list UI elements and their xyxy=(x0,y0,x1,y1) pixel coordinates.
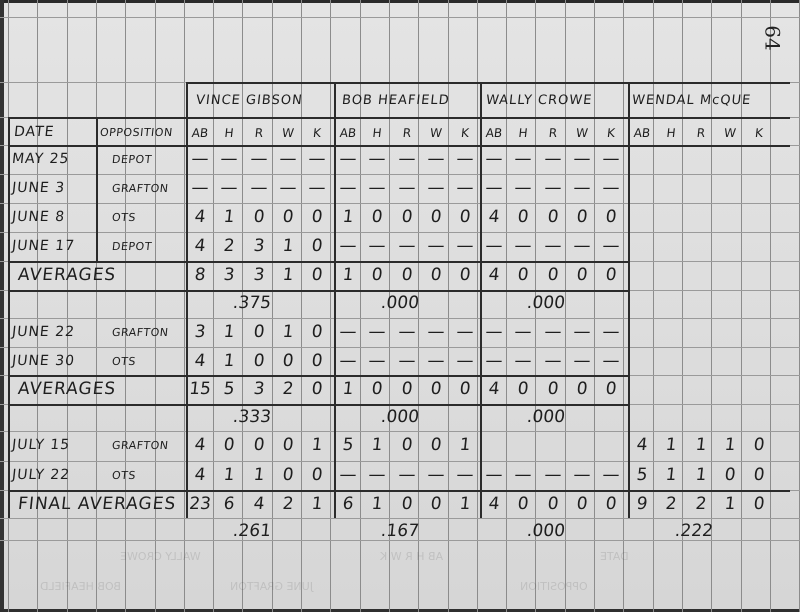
column-header-h: H xyxy=(363,127,392,139)
grid-line xyxy=(67,0,68,612)
stat-value: 0 xyxy=(508,496,538,513)
stat-value: 3 xyxy=(244,238,274,255)
stat-value: 1 xyxy=(333,209,363,226)
bleed-text: DATE xyxy=(600,550,629,563)
column-header-w: W xyxy=(715,127,744,139)
player-name: VINCE GIBSON xyxy=(195,94,303,107)
stat-value: 15 xyxy=(185,381,215,398)
batting-average: .375 xyxy=(232,295,272,312)
stat-value: — xyxy=(567,238,597,255)
stat-value: 0 xyxy=(392,267,422,284)
stat-value: — xyxy=(421,353,451,370)
grid-line xyxy=(653,0,654,612)
stat-value: 0 xyxy=(244,209,274,226)
stat-value: 6 xyxy=(214,496,244,513)
stat-value: 1 xyxy=(362,437,392,454)
totals-label: AVERAGES xyxy=(17,267,117,284)
stat-value: — xyxy=(185,180,215,197)
column-header-ab: AB xyxy=(333,127,362,139)
grid-line xyxy=(741,0,742,612)
stat-value: 0 xyxy=(302,267,332,284)
stat-value: — xyxy=(392,238,422,255)
stat-value: 0 xyxy=(508,381,538,398)
ink-line xyxy=(96,117,98,261)
stat-value: 6 xyxy=(333,496,363,513)
stat-value: 9 xyxy=(627,496,657,513)
column-header-date: DATE xyxy=(13,125,55,139)
stat-value: 23 xyxy=(185,496,215,513)
stat-value: 0 xyxy=(273,209,303,226)
stat-value: 2 xyxy=(214,238,244,255)
stat-value: — xyxy=(596,180,626,197)
grid-line xyxy=(184,0,185,612)
stat-value: 1 xyxy=(362,496,392,513)
stat-value: — xyxy=(450,238,480,255)
stat-value: 3 xyxy=(185,324,215,341)
opposition-team: OTS xyxy=(111,212,136,223)
grid-line xyxy=(272,0,273,612)
stat-value: — xyxy=(273,180,303,197)
stat-value: — xyxy=(333,238,363,255)
ink-line xyxy=(8,117,10,518)
stat-value: 0 xyxy=(362,209,392,226)
stat-value: — xyxy=(362,238,392,255)
grid-line xyxy=(0,203,800,204)
opposition-team: DEPOT xyxy=(111,241,152,252)
stat-value: 0 xyxy=(567,381,597,398)
stat-value: 0 xyxy=(362,267,392,284)
stat-value: 1 xyxy=(214,209,244,226)
stat-value: — xyxy=(362,467,392,484)
grid-line xyxy=(0,518,800,519)
stat-value: 1 xyxy=(214,353,244,370)
stat-value: — xyxy=(508,353,538,370)
game-date: JUNE 3 xyxy=(11,181,66,195)
opposition-team: OTS xyxy=(111,470,136,481)
stat-value: — xyxy=(421,180,451,197)
opposition-team: GRAFTON xyxy=(111,440,169,451)
grid-line xyxy=(0,347,800,348)
stat-value: 0 xyxy=(450,267,480,284)
reverse-page-bleed-through: DATEOPPOSITIONAB H R W KJUNE GRAFTONWALL… xyxy=(0,540,800,610)
stat-value: 0 xyxy=(214,437,244,454)
stat-value: 0 xyxy=(744,496,774,513)
stat-value: 4 xyxy=(185,437,215,454)
page-binding-edge xyxy=(0,0,4,612)
stat-value: 0 xyxy=(421,381,451,398)
ink-line xyxy=(8,117,790,119)
stat-value: 1 xyxy=(273,267,303,284)
game-date: MAY 25 xyxy=(11,152,70,166)
column-header-w: W xyxy=(273,127,302,139)
stat-value: 4 xyxy=(479,267,509,284)
stat-value: 0 xyxy=(596,209,626,226)
column-header-w: W xyxy=(421,127,450,139)
batting-average: .000 xyxy=(526,409,566,426)
grid-line xyxy=(594,0,595,612)
totals-label: AVERAGES xyxy=(17,381,117,398)
stat-value: 4 xyxy=(185,353,215,370)
stat-value: 0 xyxy=(421,496,451,513)
stat-value: 5 xyxy=(333,437,363,454)
stat-value: — xyxy=(596,238,626,255)
stat-value: — xyxy=(421,151,451,168)
stat-value: — xyxy=(538,324,568,341)
stat-value: 1 xyxy=(656,467,686,484)
stat-value: — xyxy=(273,151,303,168)
stat-value: — xyxy=(392,180,422,197)
batting-average: .222 xyxy=(674,523,714,540)
stat-value: — xyxy=(392,324,422,341)
grid-line xyxy=(301,0,302,612)
column-header-k: K xyxy=(451,127,480,139)
stat-value: — xyxy=(421,324,451,341)
bleed-text: WALLY CROWE xyxy=(120,550,201,563)
batting-average: .000 xyxy=(526,523,566,540)
opposition-team: GRAFTON xyxy=(111,183,169,194)
stat-value: — xyxy=(596,467,626,484)
batting-average: .167 xyxy=(380,523,420,540)
stat-value: — xyxy=(333,180,363,197)
stat-value: — xyxy=(567,467,597,484)
column-header-k: K xyxy=(745,127,774,139)
stat-value: 1 xyxy=(715,437,745,454)
stat-value: 0 xyxy=(392,381,422,398)
stat-value: — xyxy=(538,238,568,255)
grid-line xyxy=(0,431,800,432)
stat-value: 0 xyxy=(392,437,422,454)
grid-line xyxy=(0,17,800,18)
column-header-r: R xyxy=(392,127,421,139)
column-header-h: H xyxy=(509,127,538,139)
stat-value: 0 xyxy=(273,437,303,454)
stat-value: — xyxy=(392,151,422,168)
grid-line xyxy=(0,232,800,233)
stat-value: 0 xyxy=(715,467,745,484)
stat-value: 0 xyxy=(567,209,597,226)
stat-value: — xyxy=(450,151,480,168)
game-date: JULY 22 xyxy=(11,468,71,482)
column-header-ab: AB xyxy=(627,127,656,139)
stat-value: 4 xyxy=(479,209,509,226)
stat-value: 3 xyxy=(244,381,274,398)
column-header-k: K xyxy=(597,127,626,139)
stat-value: — xyxy=(538,467,568,484)
stat-value: 0 xyxy=(362,381,392,398)
stat-value: 1 xyxy=(273,238,303,255)
stat-value: 0 xyxy=(744,437,774,454)
game-date: JULY 15 xyxy=(11,438,71,452)
grid-line xyxy=(360,0,361,612)
stat-value: — xyxy=(479,353,509,370)
stat-value: 0 xyxy=(450,381,480,398)
stat-value: 1 xyxy=(333,267,363,284)
column-header-w: W xyxy=(567,127,596,139)
stat-value: — xyxy=(362,151,392,168)
stat-value: — xyxy=(333,353,363,370)
stat-value: — xyxy=(333,467,363,484)
stat-value: 0 xyxy=(538,496,568,513)
stat-value: — xyxy=(479,324,509,341)
game-date: JUNE 17 xyxy=(11,239,75,253)
stat-value: 0 xyxy=(244,353,274,370)
batting-average: .000 xyxy=(380,409,420,426)
game-date: JUNE 22 xyxy=(11,325,75,339)
stat-value: 0 xyxy=(273,353,303,370)
batting-average: .261 xyxy=(232,523,272,540)
stat-value: 1 xyxy=(715,496,745,513)
page-number: 64 xyxy=(761,25,785,50)
stat-value: 5 xyxy=(214,381,244,398)
stat-value: — xyxy=(185,151,215,168)
stat-value: — xyxy=(508,180,538,197)
grid-line xyxy=(330,0,331,612)
stat-value: — xyxy=(567,180,597,197)
stat-value: 0 xyxy=(302,381,332,398)
ink-line xyxy=(480,82,482,518)
stat-value: — xyxy=(596,151,626,168)
column-header-ab: AB xyxy=(479,127,508,139)
stat-value: 0 xyxy=(567,496,597,513)
grid-line xyxy=(0,174,800,175)
stat-value: 1 xyxy=(302,437,332,454)
stat-value: — xyxy=(392,353,422,370)
grid-line xyxy=(448,0,449,612)
stat-value: 0 xyxy=(508,209,538,226)
stat-value: 4 xyxy=(185,209,215,226)
stat-value: — xyxy=(567,353,597,370)
bleed-text: AB H R W K xyxy=(380,550,443,563)
stat-value: 2 xyxy=(273,496,303,513)
stat-value: — xyxy=(596,353,626,370)
stat-value: 0 xyxy=(392,209,422,226)
stat-value: 0 xyxy=(596,381,626,398)
ink-line xyxy=(186,82,790,84)
player-name: WENDAL McQUE xyxy=(631,94,752,107)
stat-value: — xyxy=(567,324,597,341)
stat-value: — xyxy=(214,180,244,197)
stat-value: — xyxy=(508,324,538,341)
stat-value: — xyxy=(450,467,480,484)
stat-value: — xyxy=(508,467,538,484)
ink-line xyxy=(8,375,630,377)
player-name: WALLY CROWE xyxy=(485,94,593,107)
stat-value: — xyxy=(538,180,568,197)
stat-value: 0 xyxy=(538,209,568,226)
stat-value: 1 xyxy=(244,467,274,484)
stat-value: — xyxy=(450,180,480,197)
stat-value: 3 xyxy=(244,267,274,284)
player-name: BOB HEAFIELD xyxy=(341,94,450,107)
grid-line xyxy=(125,0,126,612)
stat-value: — xyxy=(362,180,392,197)
stat-value: 0 xyxy=(567,267,597,284)
stat-value: 3 xyxy=(214,267,244,284)
stat-value: — xyxy=(479,180,509,197)
stat-value: 0 xyxy=(450,209,480,226)
stat-value: 1 xyxy=(686,437,716,454)
stat-value: — xyxy=(479,151,509,168)
stat-value: 1 xyxy=(214,467,244,484)
stat-value: 4 xyxy=(185,238,215,255)
stat-value: 0 xyxy=(421,209,451,226)
bleed-text: BOB HEAFIELD xyxy=(40,580,121,593)
grid-line xyxy=(477,0,478,612)
game-date: JUNE 8 xyxy=(11,210,66,224)
stat-value: — xyxy=(421,238,451,255)
stat-value: — xyxy=(450,353,480,370)
stat-value: 0 xyxy=(302,238,332,255)
stat-value: 1 xyxy=(273,324,303,341)
stat-value: 0 xyxy=(244,437,274,454)
stat-value: — xyxy=(244,180,274,197)
opposition-team: OTS xyxy=(111,356,136,367)
column-header-h: H xyxy=(657,127,686,139)
scorebook-page: 64 VINCE GIBSONBOB HEAFIELDWALLY CROWEWE… xyxy=(0,0,800,612)
stat-value: — xyxy=(596,324,626,341)
ink-line xyxy=(8,490,790,492)
stat-value: 4 xyxy=(244,496,274,513)
stat-value: — xyxy=(479,467,509,484)
stat-value: 1 xyxy=(656,437,686,454)
bleed-text: OPPOSITION xyxy=(520,580,588,593)
stat-value: 2 xyxy=(656,496,686,513)
stat-value: 0 xyxy=(273,467,303,484)
column-header-r: R xyxy=(686,127,715,139)
column-header-k: K xyxy=(303,127,332,139)
stat-value: — xyxy=(302,151,332,168)
grid-line xyxy=(96,0,97,612)
ink-line xyxy=(8,261,630,263)
grid-line xyxy=(0,318,800,319)
stat-value: 0 xyxy=(538,381,568,398)
stat-value: — xyxy=(333,324,363,341)
stat-value: 1 xyxy=(214,324,244,341)
opposition-team: GRAFTON xyxy=(111,327,169,338)
stat-value: — xyxy=(450,324,480,341)
stat-value: 0 xyxy=(538,267,568,284)
stat-value: 0 xyxy=(508,267,538,284)
stat-value: 4 xyxy=(479,496,509,513)
stat-value: 1 xyxy=(333,381,363,398)
batting-average: .000 xyxy=(380,295,420,312)
stat-value: — xyxy=(538,353,568,370)
stat-value: 5 xyxy=(627,467,657,484)
stat-value: — xyxy=(421,467,451,484)
stat-value: 0 xyxy=(302,209,332,226)
stat-value: — xyxy=(302,180,332,197)
stat-value: 1 xyxy=(686,467,716,484)
bleed-text: JUNE GRAFTON xyxy=(230,580,313,593)
stat-value: 2 xyxy=(686,496,716,513)
stat-value: 4 xyxy=(185,467,215,484)
stat-value: 0 xyxy=(421,437,451,454)
stat-value: — xyxy=(333,151,363,168)
opposition-team: DEPOT xyxy=(111,154,152,165)
stat-value: 0 xyxy=(744,467,774,484)
stat-value: — xyxy=(244,151,274,168)
batting-average: .333 xyxy=(232,409,272,426)
stat-value: 0 xyxy=(392,496,422,513)
batting-average: .000 xyxy=(526,295,566,312)
stat-value: 4 xyxy=(627,437,657,454)
stat-value: 8 xyxy=(185,267,215,284)
ink-line xyxy=(8,145,790,147)
grid-line xyxy=(506,0,507,612)
column-header-r: R xyxy=(538,127,567,139)
stat-value: 0 xyxy=(596,267,626,284)
grid-line xyxy=(623,0,624,612)
stat-value: 0 xyxy=(596,496,626,513)
grid-line xyxy=(37,0,38,612)
column-header-h: H xyxy=(215,127,244,139)
stat-value: — xyxy=(479,238,509,255)
stat-value: 1 xyxy=(450,437,480,454)
stat-value: — xyxy=(538,151,568,168)
stat-value: 1 xyxy=(450,496,480,513)
game-date: JUNE 30 xyxy=(11,354,75,368)
stat-value: 0 xyxy=(421,267,451,284)
ink-line xyxy=(8,290,630,292)
column-header-r: R xyxy=(244,127,273,139)
totals-label: FINAL AVERAGES xyxy=(17,496,177,513)
stat-value: — xyxy=(508,151,538,168)
stat-value: 2 xyxy=(273,381,303,398)
grid-line xyxy=(213,0,214,612)
page-top-edge xyxy=(0,0,800,3)
column-header-opposition: OPPOSITION xyxy=(99,127,173,138)
stat-value: — xyxy=(392,467,422,484)
stat-value: 4 xyxy=(479,381,509,398)
stat-value: — xyxy=(567,151,597,168)
column-header-ab: AB xyxy=(185,127,214,139)
stat-value: — xyxy=(362,324,392,341)
stat-value: — xyxy=(508,238,538,255)
stat-value: 1 xyxy=(302,496,332,513)
stat-value: 0 xyxy=(244,324,274,341)
stat-value: 0 xyxy=(302,353,332,370)
stat-value: — xyxy=(362,353,392,370)
grid-line xyxy=(0,461,800,462)
stat-value: 0 xyxy=(302,324,332,341)
ink-line xyxy=(8,404,630,406)
stat-value: — xyxy=(214,151,244,168)
grid-line xyxy=(770,0,771,612)
grid-line xyxy=(155,0,156,612)
stat-value: 0 xyxy=(302,467,332,484)
